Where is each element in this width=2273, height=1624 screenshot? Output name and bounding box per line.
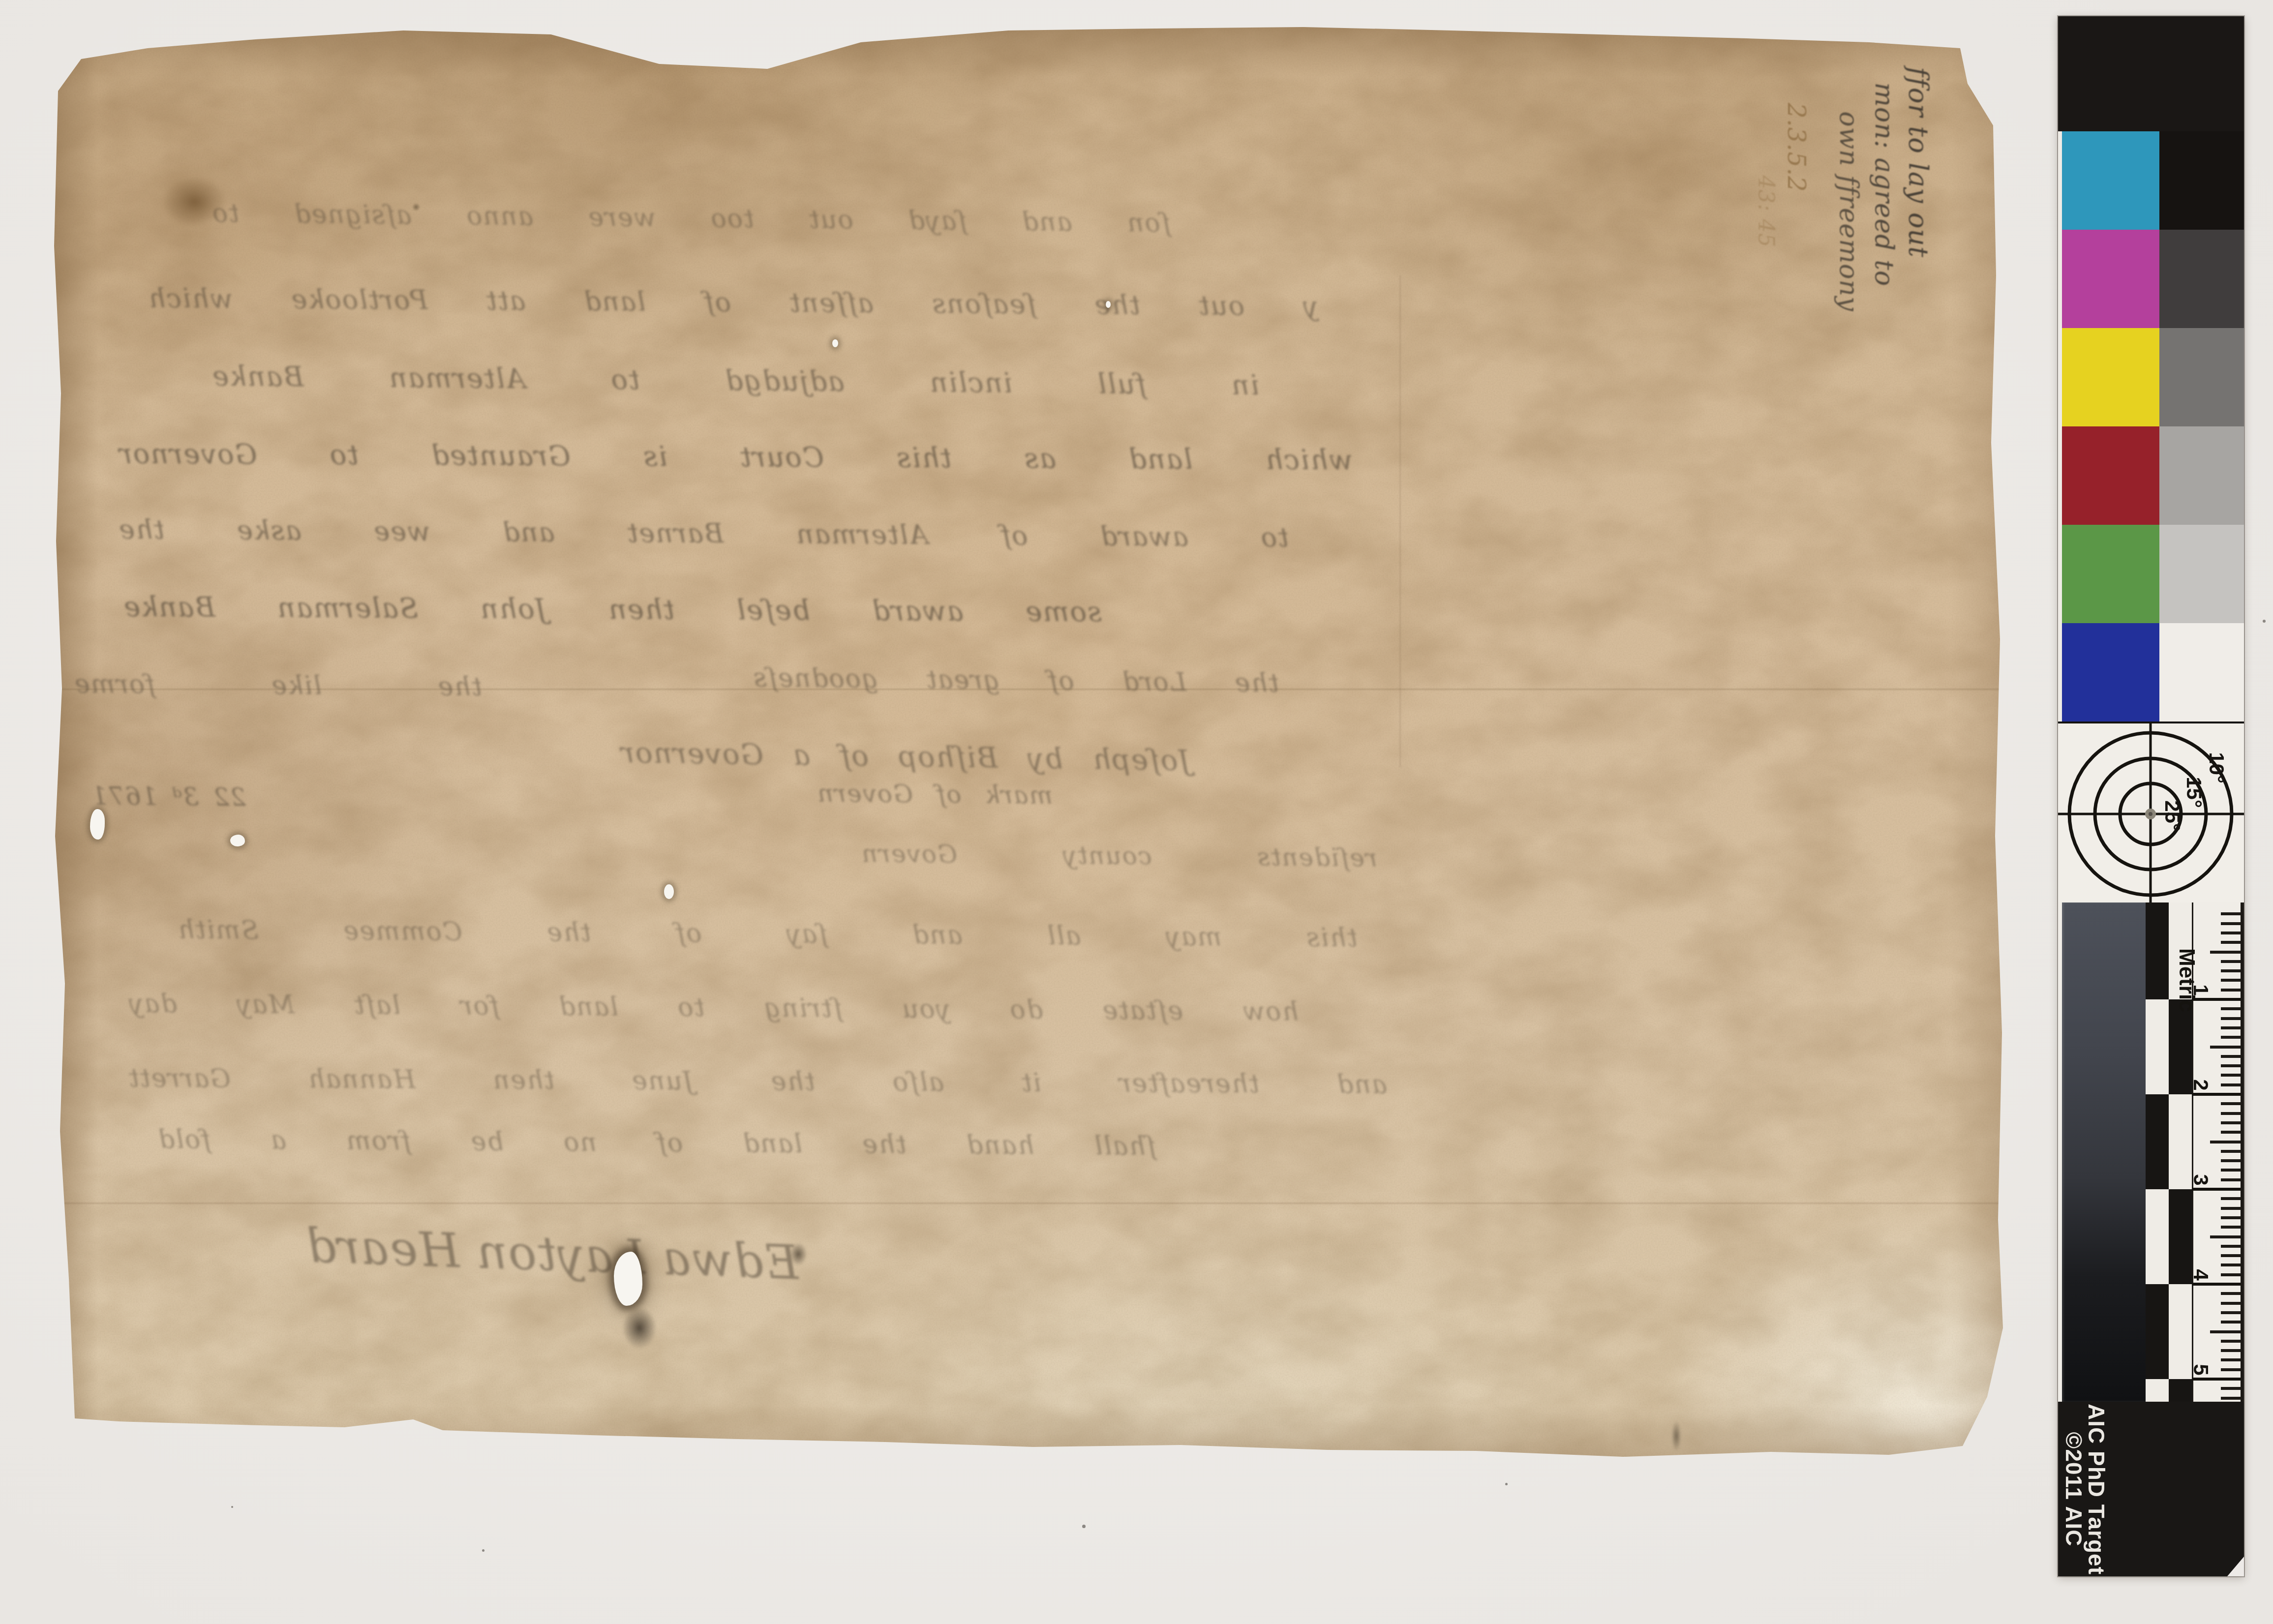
checker-cell xyxy=(2146,1379,2169,1402)
bullseye-graphic xyxy=(2058,723,2244,904)
color-patch-yellow xyxy=(2062,328,2159,426)
target-corner-notch xyxy=(2227,1557,2244,1576)
ruler-tick xyxy=(2221,1169,2241,1172)
checker-cell xyxy=(2169,1284,2192,1379)
ruler-tick xyxy=(2210,1330,2241,1333)
color-patch-green xyxy=(2062,525,2159,623)
ruler-tick xyxy=(2221,1007,2241,1010)
ruler-tick xyxy=(2221,1358,2241,1361)
color-calibration-target: 10° 15° 25° 12345 Metric AIC PhD Target … xyxy=(2058,16,2244,1576)
color-patch-row-blue xyxy=(2058,623,2244,722)
color-patch-row-magenta xyxy=(2058,230,2244,328)
handwriting-line: reſidents county Govern xyxy=(861,840,1377,872)
focus-target: 10° 15° 25° xyxy=(2058,722,2244,906)
handwriting-line: mark of Govern xyxy=(817,780,1053,809)
ruler-tick xyxy=(2221,1226,2241,1229)
ruler-tick xyxy=(2221,1273,2241,1276)
graphite-patch xyxy=(2062,902,2146,1402)
ruler-tick xyxy=(2221,1321,2241,1323)
dust-speck xyxy=(231,1506,233,1508)
ruler-tick xyxy=(2221,1074,2241,1077)
ruler-tick xyxy=(2221,1216,2241,1219)
ruler-tick xyxy=(2210,1235,2241,1238)
ruler-tick xyxy=(2221,912,2241,915)
ruler-tick xyxy=(2221,1064,2241,1067)
ruler-tick xyxy=(2221,1026,2241,1029)
ruler-tick xyxy=(2221,1254,2241,1257)
ruler-cm-line xyxy=(2192,1283,2241,1286)
annotation-line: 2.3.5.2 xyxy=(1782,103,1811,192)
metric-ruler: 12345 Metric xyxy=(2058,902,2244,1402)
ruler-unit-label: Metric xyxy=(2174,948,2199,1012)
color-patch-row-green xyxy=(2058,525,2244,623)
paper-hole xyxy=(1106,301,1111,308)
ruler-tick xyxy=(2221,1397,2241,1400)
ruler-number: 2 xyxy=(2189,1079,2212,1090)
ruler-tick xyxy=(2221,979,2241,982)
color-patch-dark-red xyxy=(2062,426,2159,525)
ruler-tick xyxy=(2221,941,2241,944)
ruler-tick xyxy=(2221,1311,2241,1314)
color-patch-row-cyan xyxy=(2058,131,2244,230)
annotation-line: ffor to lay out xyxy=(1903,67,1934,258)
ruler-tick xyxy=(2221,969,2241,972)
annotation-line: own ffreemony xyxy=(1834,111,1863,311)
color-patch-mid-gray xyxy=(2159,328,2244,426)
ruler-tick xyxy=(2221,989,2241,992)
ruler-number: 4 xyxy=(2189,1269,2212,1280)
handwriting-line: the like forme xyxy=(74,670,482,701)
ruler-number: 3 xyxy=(2189,1174,2212,1185)
checker-cell xyxy=(2169,999,2192,1094)
color-patch-gray xyxy=(2159,426,2244,525)
ruler-tick xyxy=(2221,922,2241,925)
color-patch-row-yellow xyxy=(2058,328,2244,426)
dust-speck xyxy=(2263,620,2266,623)
manuscript-page: ſon and ſayd out too were anno aſsigned … xyxy=(49,27,2009,1463)
color-patch-black xyxy=(2159,131,2244,230)
handwriting-line: some award beſel then John Salerman Bank… xyxy=(123,592,1102,627)
ruler-tick xyxy=(2210,951,2241,954)
color-patch-cyan xyxy=(2062,131,2159,230)
ruler-tick xyxy=(2210,1046,2241,1049)
ruler-tick xyxy=(2221,1112,2241,1115)
ruler-tick xyxy=(2221,1207,2241,1210)
color-patch-row-dark-red xyxy=(2058,426,2244,525)
ruler-tick xyxy=(2221,1368,2241,1371)
ruler-tick xyxy=(2221,1178,2241,1181)
ruler-number: 5 xyxy=(2189,1364,2212,1375)
color-patch-light-gray xyxy=(2159,525,2244,623)
color-patch-blue xyxy=(2062,623,2159,722)
ruler-tick xyxy=(2221,1055,2241,1058)
target-footer: AIC PhD Target ©2011 AIC xyxy=(2058,1402,2244,1576)
ruler-tick xyxy=(2221,1121,2241,1124)
ruler-tick xyxy=(2221,1102,2241,1105)
handwriting-line: the Lord of great goodneſs xyxy=(753,664,1279,698)
degree-label-15: 15° xyxy=(2182,777,2206,808)
checker-cell xyxy=(2146,1284,2169,1379)
ruler-tick xyxy=(2221,960,2241,963)
paper-hole xyxy=(664,884,674,899)
paper-hole xyxy=(230,835,245,846)
ruler-tick xyxy=(2221,1340,2241,1343)
ruler-cm-line xyxy=(2192,1378,2241,1381)
ruler-tick xyxy=(2221,1159,2241,1162)
ruler-tick xyxy=(2221,1017,2241,1020)
dust-speck xyxy=(482,1549,485,1552)
dust-speck xyxy=(1505,1483,1508,1485)
annotation-line: 43: 45 xyxy=(1754,176,1779,248)
ruler-tick xyxy=(2221,1292,2241,1295)
degree-label-10: 10° xyxy=(2205,752,2228,783)
checker-cell xyxy=(2169,1379,2192,1402)
ruler-tick xyxy=(2221,1263,2241,1266)
ruler-cm-line xyxy=(2192,998,2241,1001)
ruler-tick xyxy=(2221,1036,2241,1039)
ruler-tick xyxy=(2221,1387,2241,1390)
checker-cell xyxy=(2146,902,2169,999)
ruler-tick xyxy=(2221,1245,2241,1248)
paper-hole xyxy=(832,339,838,347)
color-patch-magenta xyxy=(2062,230,2159,328)
paper-hole xyxy=(614,1252,642,1306)
handwriting-line: 22 3ᵈ 1671 xyxy=(91,782,246,811)
ruler-tick xyxy=(2221,1197,2241,1200)
ruler-tick xyxy=(2221,1083,2241,1086)
handwriting-line: which land as this Court is Graunted to … xyxy=(118,439,1353,476)
color-patch-dark-gray xyxy=(2159,230,2244,328)
color-patch-header-black xyxy=(2058,16,2244,131)
annotation-line: mon: agreed to xyxy=(1869,83,1899,287)
target-title: AIC PhD Target xyxy=(2083,1404,2110,1575)
ruler-cm-line xyxy=(2192,1093,2241,1096)
photo-scan: ſon and ſayd out too were anno aſsigned … xyxy=(0,0,2273,1624)
ruler-tick xyxy=(2221,932,2241,934)
checker-cell xyxy=(2169,1094,2192,1189)
ruler-cm-line xyxy=(2192,1188,2241,1191)
ruler-tick xyxy=(2221,1131,2241,1134)
checker-cell xyxy=(2146,999,2169,1094)
ruler-tick xyxy=(2210,1141,2241,1143)
dust-speck xyxy=(1082,1525,1086,1528)
paper-hole xyxy=(90,809,105,840)
ruler-tick xyxy=(2221,1302,2241,1305)
checker-cell xyxy=(2146,1094,2169,1189)
checker-cell xyxy=(2169,1189,2192,1284)
color-patch-white xyxy=(2159,623,2244,722)
degree-label-25: 25° xyxy=(2160,800,2184,832)
checker-cell xyxy=(2146,1189,2169,1284)
ruler-tick xyxy=(2221,1349,2241,1352)
target-copyright: ©2011 AIC xyxy=(2061,1432,2087,1547)
ruler-tick xyxy=(2221,1150,2241,1153)
